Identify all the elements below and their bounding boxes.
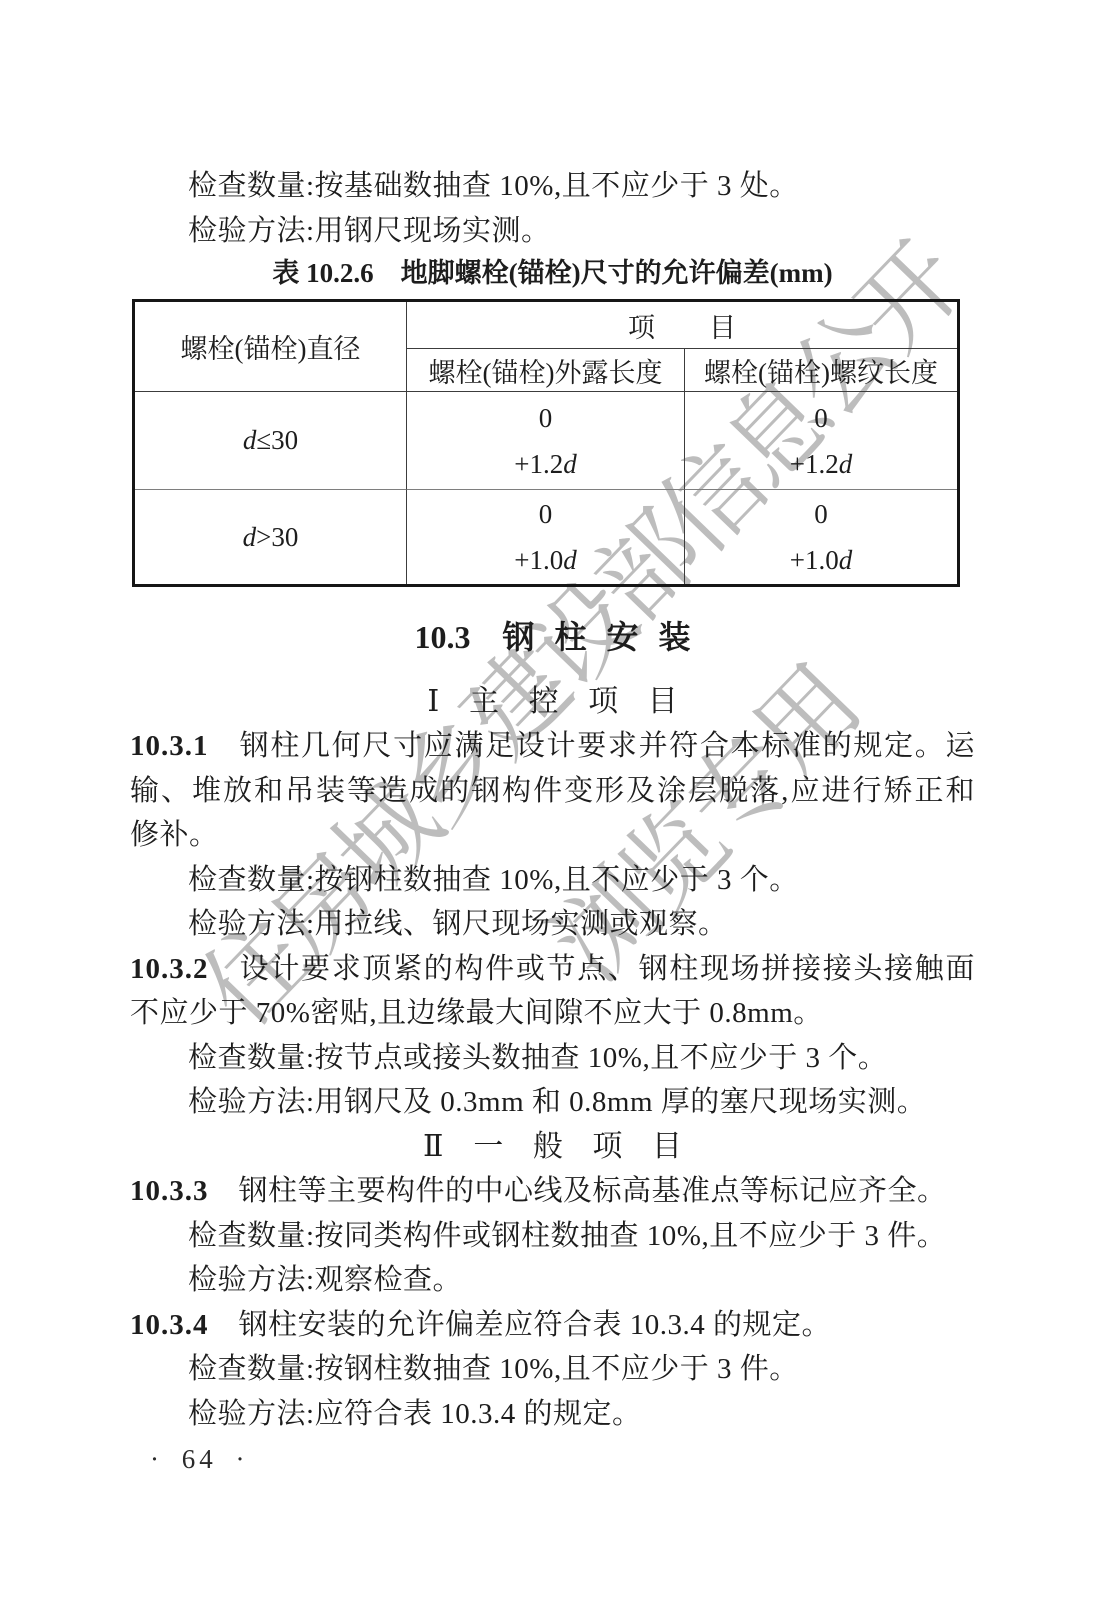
clause-number: 10.3.1 <box>130 730 209 762</box>
clause-text: 钢柱等主要构件的中心线及标高基准点等标记应齐全。 <box>239 1175 947 1207</box>
clause-10-3-4-check: 检查数量:按钢柱数抽查 10%,且不应少于 3 件。 <box>130 1347 975 1392</box>
subsection-main-control-items: Ⅰ 主 控 项 目 <box>130 680 975 724</box>
tolerance-lower: +1.2d <box>514 441 576 487</box>
clause-10-3-3-method: 检验方法:观察检查。 <box>130 1258 975 1303</box>
clause-10-3-3-check: 检查数量:按同类构件或钢柱数抽查 10%,且不应少于 3 件。 <box>130 1214 975 1259</box>
clause-10-3-2-check: 检查数量:按节点或接头数抽查 10%,且不应少于 3 个。 <box>130 1036 975 1081</box>
tolerance-upper: 0 <box>514 491 576 537</box>
clause-10-3-2-method: 检验方法:用钢尺及 0.3mm 和 0.8mm 厚的塞尺现场实测。 <box>130 1080 975 1125</box>
table-header-thread-length: 螺栓(锚栓)螺纹长度 <box>685 349 957 392</box>
clause-10-3-1-method: 检验方法:用拉线、钢尺现场实测或观察。 <box>130 902 975 947</box>
page-content: 检查数量:按基础数抽查 10%,且不应少于 3 处。 检验方法:用钢尺现场实测。… <box>130 164 975 1436</box>
tolerance-upper: 0 <box>790 491 852 537</box>
table-header-item: 项 目 <box>407 302 957 349</box>
page-number: · 64 · <box>150 1444 248 1475</box>
clause-number: 10.3.3 <box>130 1175 209 1207</box>
clause-10-3-1-line1: 10.3.1钢柱几何尺寸应满足设计要求并符合本标准的规定。运 <box>130 724 975 769</box>
tolerance-lower: +1.0d <box>790 537 852 583</box>
check-method-line-10-2-6: 检验方法:用钢尺现场实测。 <box>130 209 975 254</box>
table-caption: 表 10.2.6 地脚螺栓(锚栓)尺寸的允许偏差(mm) <box>130 253 975 293</box>
tolerance-upper: 0 <box>514 395 576 441</box>
document-page: 住房城乡建设部信息公开 浏览专用 检查数量:按基础数抽查 10%,且不应少于 3… <box>0 0 1106 1598</box>
table-header-diameter: 螺栓(锚栓)直径 <box>135 302 407 392</box>
table-cell-thread-row1: 0 +1.2d <box>685 392 957 490</box>
clause-10-3-4-method: 检验方法:应符合表 10.3.4 的规定。 <box>130 1392 975 1437</box>
table-cell-thread-row2: 0 +1.0d <box>685 490 957 584</box>
tolerance-upper: 0 <box>790 395 852 441</box>
clause-10-3-1-check: 检查数量:按钢柱数抽查 10%,且不应少于 3 个。 <box>130 858 975 903</box>
clause-text: 设计要求顶紧的构件或节点、钢柱现场拼接接头接触面 <box>239 953 976 985</box>
subsection-general-items: Ⅱ 一 般 项 目 <box>130 1125 975 1170</box>
clause-10-3-1-line2: 输、堆放和吊装等造成的钢构件变形及涂层脱落,应进行矫正和 <box>130 769 975 814</box>
diameter-variable: d <box>243 425 257 455</box>
diameter-condition: >30 <box>256 522 298 552</box>
clause-text: 钢柱安装的允许偏差应符合表 10.3.4 的规定。 <box>239 1309 832 1341</box>
check-quantity-line-10-2-6: 检查数量:按基础数抽查 10%,且不应少于 3 处。 <box>130 164 975 209</box>
table-cell-diameter-row1: d≤30 <box>135 392 407 490</box>
diameter-condition: ≤30 <box>256 425 298 455</box>
clause-number: 10.3.2 <box>130 953 209 985</box>
clause-10-3-4-line1: 10.3.4钢柱安装的允许偏差应符合表 10.3.4 的规定。 <box>130 1303 975 1348</box>
clause-10-3-2-line2: 不应少于 70%密贴,且边缘最大间隙不应大于 0.8mm。 <box>130 991 975 1036</box>
tolerance-table: 螺栓(锚栓)直径 项 目 螺栓(锚栓)外露长度 螺栓(锚栓)螺纹长度 d≤30 … <box>132 299 960 587</box>
table-header-exposed-length: 螺栓(锚栓)外露长度 <box>407 349 685 392</box>
table-cell-exposed-row1: 0 +1.2d <box>407 392 685 490</box>
clause-10-3-1-line3: 修补。 <box>130 813 975 858</box>
clause-text: 钢柱几何尺寸应满足设计要求并符合本标准的规定。运 <box>239 730 976 762</box>
tolerance-lower: +1.0d <box>514 537 576 583</box>
table-cell-exposed-row2: 0 +1.0d <box>407 490 685 584</box>
diameter-variable: d <box>243 522 257 552</box>
clause-10-3-2-line1: 10.3.2设计要求顶紧的构件或节点、钢柱现场拼接接头接触面 <box>130 947 975 992</box>
clause-10-3-3-line1: 10.3.3钢柱等主要构件的中心线及标高基准点等标记应齐全。 <box>130 1169 975 1214</box>
clause-number: 10.3.4 <box>130 1309 209 1341</box>
tolerance-lower: +1.2d <box>790 441 852 487</box>
section-heading: 10.3 钢 柱 安 装 <box>130 615 975 659</box>
table-cell-diameter-row2: d>30 <box>135 490 407 584</box>
